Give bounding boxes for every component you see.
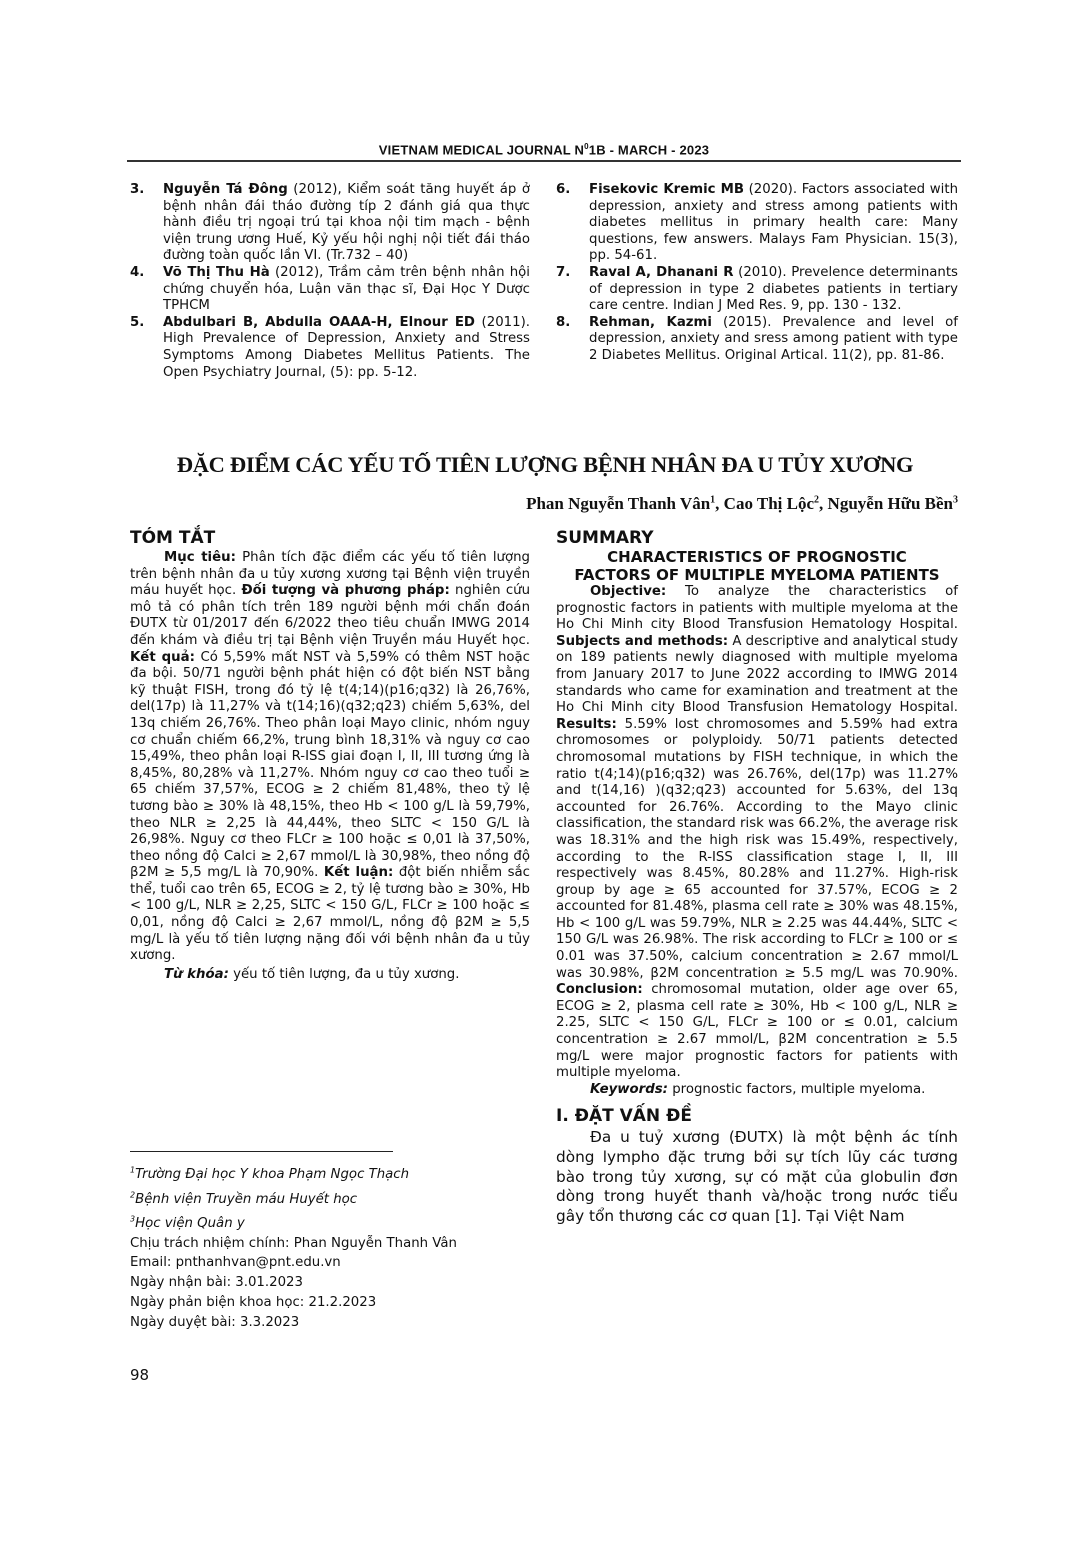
date-reviewed: Ngày phản biện khoa học: 21.2.2023 bbox=[130, 1293, 530, 1313]
reference-item: 8. Rehman, Kazmi (2015). Prevalence and … bbox=[556, 315, 958, 365]
reference-number: 4. bbox=[130, 265, 163, 315]
label-methods: Đối tượng và phương pháp: bbox=[241, 583, 449, 598]
references-right: 6. Fisekovic Kremic MB (2020). Factors a… bbox=[556, 182, 958, 365]
keywords-text-en: prognostic factors, multiple myeloma. bbox=[668, 1082, 925, 1097]
journal-issue: 1B - MARCH - 2023 bbox=[589, 142, 709, 157]
text-results: Có 5,59% mất NST và 5,59% có thêm NST ho… bbox=[130, 650, 530, 881]
affiliation-text: Học viện Quân y bbox=[135, 1216, 245, 1231]
author-name: Cao Thị Lộc bbox=[724, 494, 814, 513]
abstract-body-vi: Mục tiêu: Phân tích đặc điểm các yếu tố … bbox=[130, 550, 530, 965]
label-objective: Mục tiêu: bbox=[164, 550, 236, 565]
date-accepted: Ngày duyệt bài: 3.3.2023 bbox=[130, 1313, 530, 1333]
vietnamese-abstract: TÓM TẮT Mục tiêu: Phân tích đặc điểm các… bbox=[130, 528, 530, 983]
abstract-heading-en: SUMMARY bbox=[556, 528, 958, 548]
date-received: Ngày nhận bài: 3.01.2023 bbox=[130, 1273, 530, 1293]
journal-name: VIETNAM MEDICAL JOURNAL N bbox=[379, 142, 584, 157]
text-results: 5.59% lost chromosomes and 5.59% had ext… bbox=[556, 717, 958, 981]
reference-item: 4. Võ Thị Thu Hà (2012), Trầm cảm trên b… bbox=[130, 265, 530, 315]
label-conclusion: Kết luận: bbox=[324, 865, 393, 880]
author-separator: , bbox=[715, 494, 724, 513]
reference-number: 8. bbox=[556, 315, 589, 365]
article-title: ĐẶC ĐIỂM CÁC YẾU TỐ TIÊN LƯỢNG BỆNH NHÂN… bbox=[120, 452, 970, 478]
label-results: Results: bbox=[556, 717, 617, 732]
keywords-label-en: Keywords: bbox=[590, 1082, 668, 1097]
journal-page: VIETNAM MEDICAL JOURNAL N01B - MARCH - 2… bbox=[0, 0, 1090, 1541]
running-header: VIETNAM MEDICAL JOURNAL N01B - MARCH - 2… bbox=[127, 142, 961, 157]
english-abstract: SUMMARY CHARACTERISTICS OF PROGNOSTIC FA… bbox=[556, 528, 958, 1226]
reference-number: 3. bbox=[130, 182, 163, 265]
author-name: Nguyễn Hữu Bền bbox=[828, 494, 953, 513]
reference-item: 6. Fisekovic Kremic MB (2020). Factors a… bbox=[556, 182, 958, 265]
reference-number: 5. bbox=[130, 315, 163, 381]
reference-author: Nguyễn Tá Đông bbox=[163, 182, 288, 197]
reference-author: Võ Thị Thu Hà bbox=[163, 265, 270, 280]
reference-author: Fisekovic Kremic MB bbox=[589, 182, 744, 197]
abstract-heading-vi: TÓM TẮT bbox=[130, 528, 530, 548]
affiliation-1: 1Trường Đại học Y khoa Phạm Ngọc Thạch bbox=[130, 1161, 530, 1185]
introduction-paragraph: Đa u tuỷ xương (ĐUTX) là một bệnh ác tín… bbox=[556, 1128, 958, 1226]
author-name: Phan Nguyễn Thanh Vân bbox=[526, 494, 710, 513]
reference-item: 5. Abdulbari B, Abdulla OAAA-H, Elnour E… bbox=[130, 315, 530, 381]
footnote-rule bbox=[130, 1151, 393, 1152]
reference-number: 6. bbox=[556, 182, 589, 265]
references-left: 3. Nguyễn Tá Đông (2012), Kiểm soát tăng… bbox=[130, 182, 530, 381]
label-methods: Subjects and methods: bbox=[556, 634, 728, 649]
reference-number: 7. bbox=[556, 265, 589, 315]
reference-item: 3. Nguyễn Tá Đông (2012), Kiểm soát tăng… bbox=[130, 182, 530, 265]
label-objective: Objective: bbox=[590, 584, 666, 599]
reference-item: 7. Raval A, Dhanani R (2010). Prevelence… bbox=[556, 265, 958, 315]
reference-author: Rehman, Kazmi bbox=[589, 315, 712, 330]
reference-author: Raval A, Dhanani R bbox=[589, 265, 733, 280]
english-title-line-1: CHARACTERISTICS OF PROGNOSTIC bbox=[556, 548, 958, 566]
affiliation-3: 3Học viện Quân y bbox=[130, 1209, 530, 1233]
author-separator: , bbox=[819, 494, 828, 513]
introduction-heading: I. ĐẶT VẤN ĐỀ bbox=[556, 1106, 958, 1126]
keywords-en: Keywords: prognostic factors, multiple m… bbox=[556, 1082, 958, 1099]
label-results: Kết quả: bbox=[130, 650, 195, 665]
page-number: 98 bbox=[130, 1366, 149, 1384]
keywords-label-vi: Từ khóa: bbox=[164, 967, 229, 982]
english-title-line-2: FACTORS OF MULTIPLE MYELOMA PATIENTS bbox=[556, 566, 958, 584]
affiliation-text: Trường Đại học Y khoa Phạm Ngọc Thạch bbox=[135, 1167, 409, 1182]
reference-author: Abdulbari B, Abdulla OAAA-H, Elnour ED bbox=[163, 315, 475, 330]
affiliation-2: 2Bệnh viện Truyền máu Huyết học bbox=[130, 1185, 530, 1209]
author-affiliation-sup: 3 bbox=[953, 494, 958, 505]
email: Email: pnthanhvan@pnt.edu.vn bbox=[130, 1253, 530, 1273]
author-list: Phan Nguyễn Thanh Vân1, Cao Thị Lộc2, Ng… bbox=[526, 494, 958, 514]
label-conclusion: Conclusion: bbox=[556, 982, 643, 997]
keywords-text-vi: yếu tố tiên lượng, đa u tủy xương. bbox=[229, 967, 460, 982]
keywords-vi: Từ khóa: yếu tố tiên lượng, đa u tủy xươ… bbox=[130, 967, 530, 984]
affiliation-text: Bệnh viện Truyền máu Huyết học bbox=[135, 1192, 357, 1207]
header-rule bbox=[127, 160, 961, 162]
footnotes: 1Trường Đại học Y khoa Phạm Ngọc Thạch 2… bbox=[130, 1161, 530, 1333]
corresponding-author: Chịu trách nhiệm chính: Phan Nguyễn Than… bbox=[130, 1234, 530, 1254]
abstract-body-en: Objective: To analyze the characteristic… bbox=[556, 584, 958, 1082]
